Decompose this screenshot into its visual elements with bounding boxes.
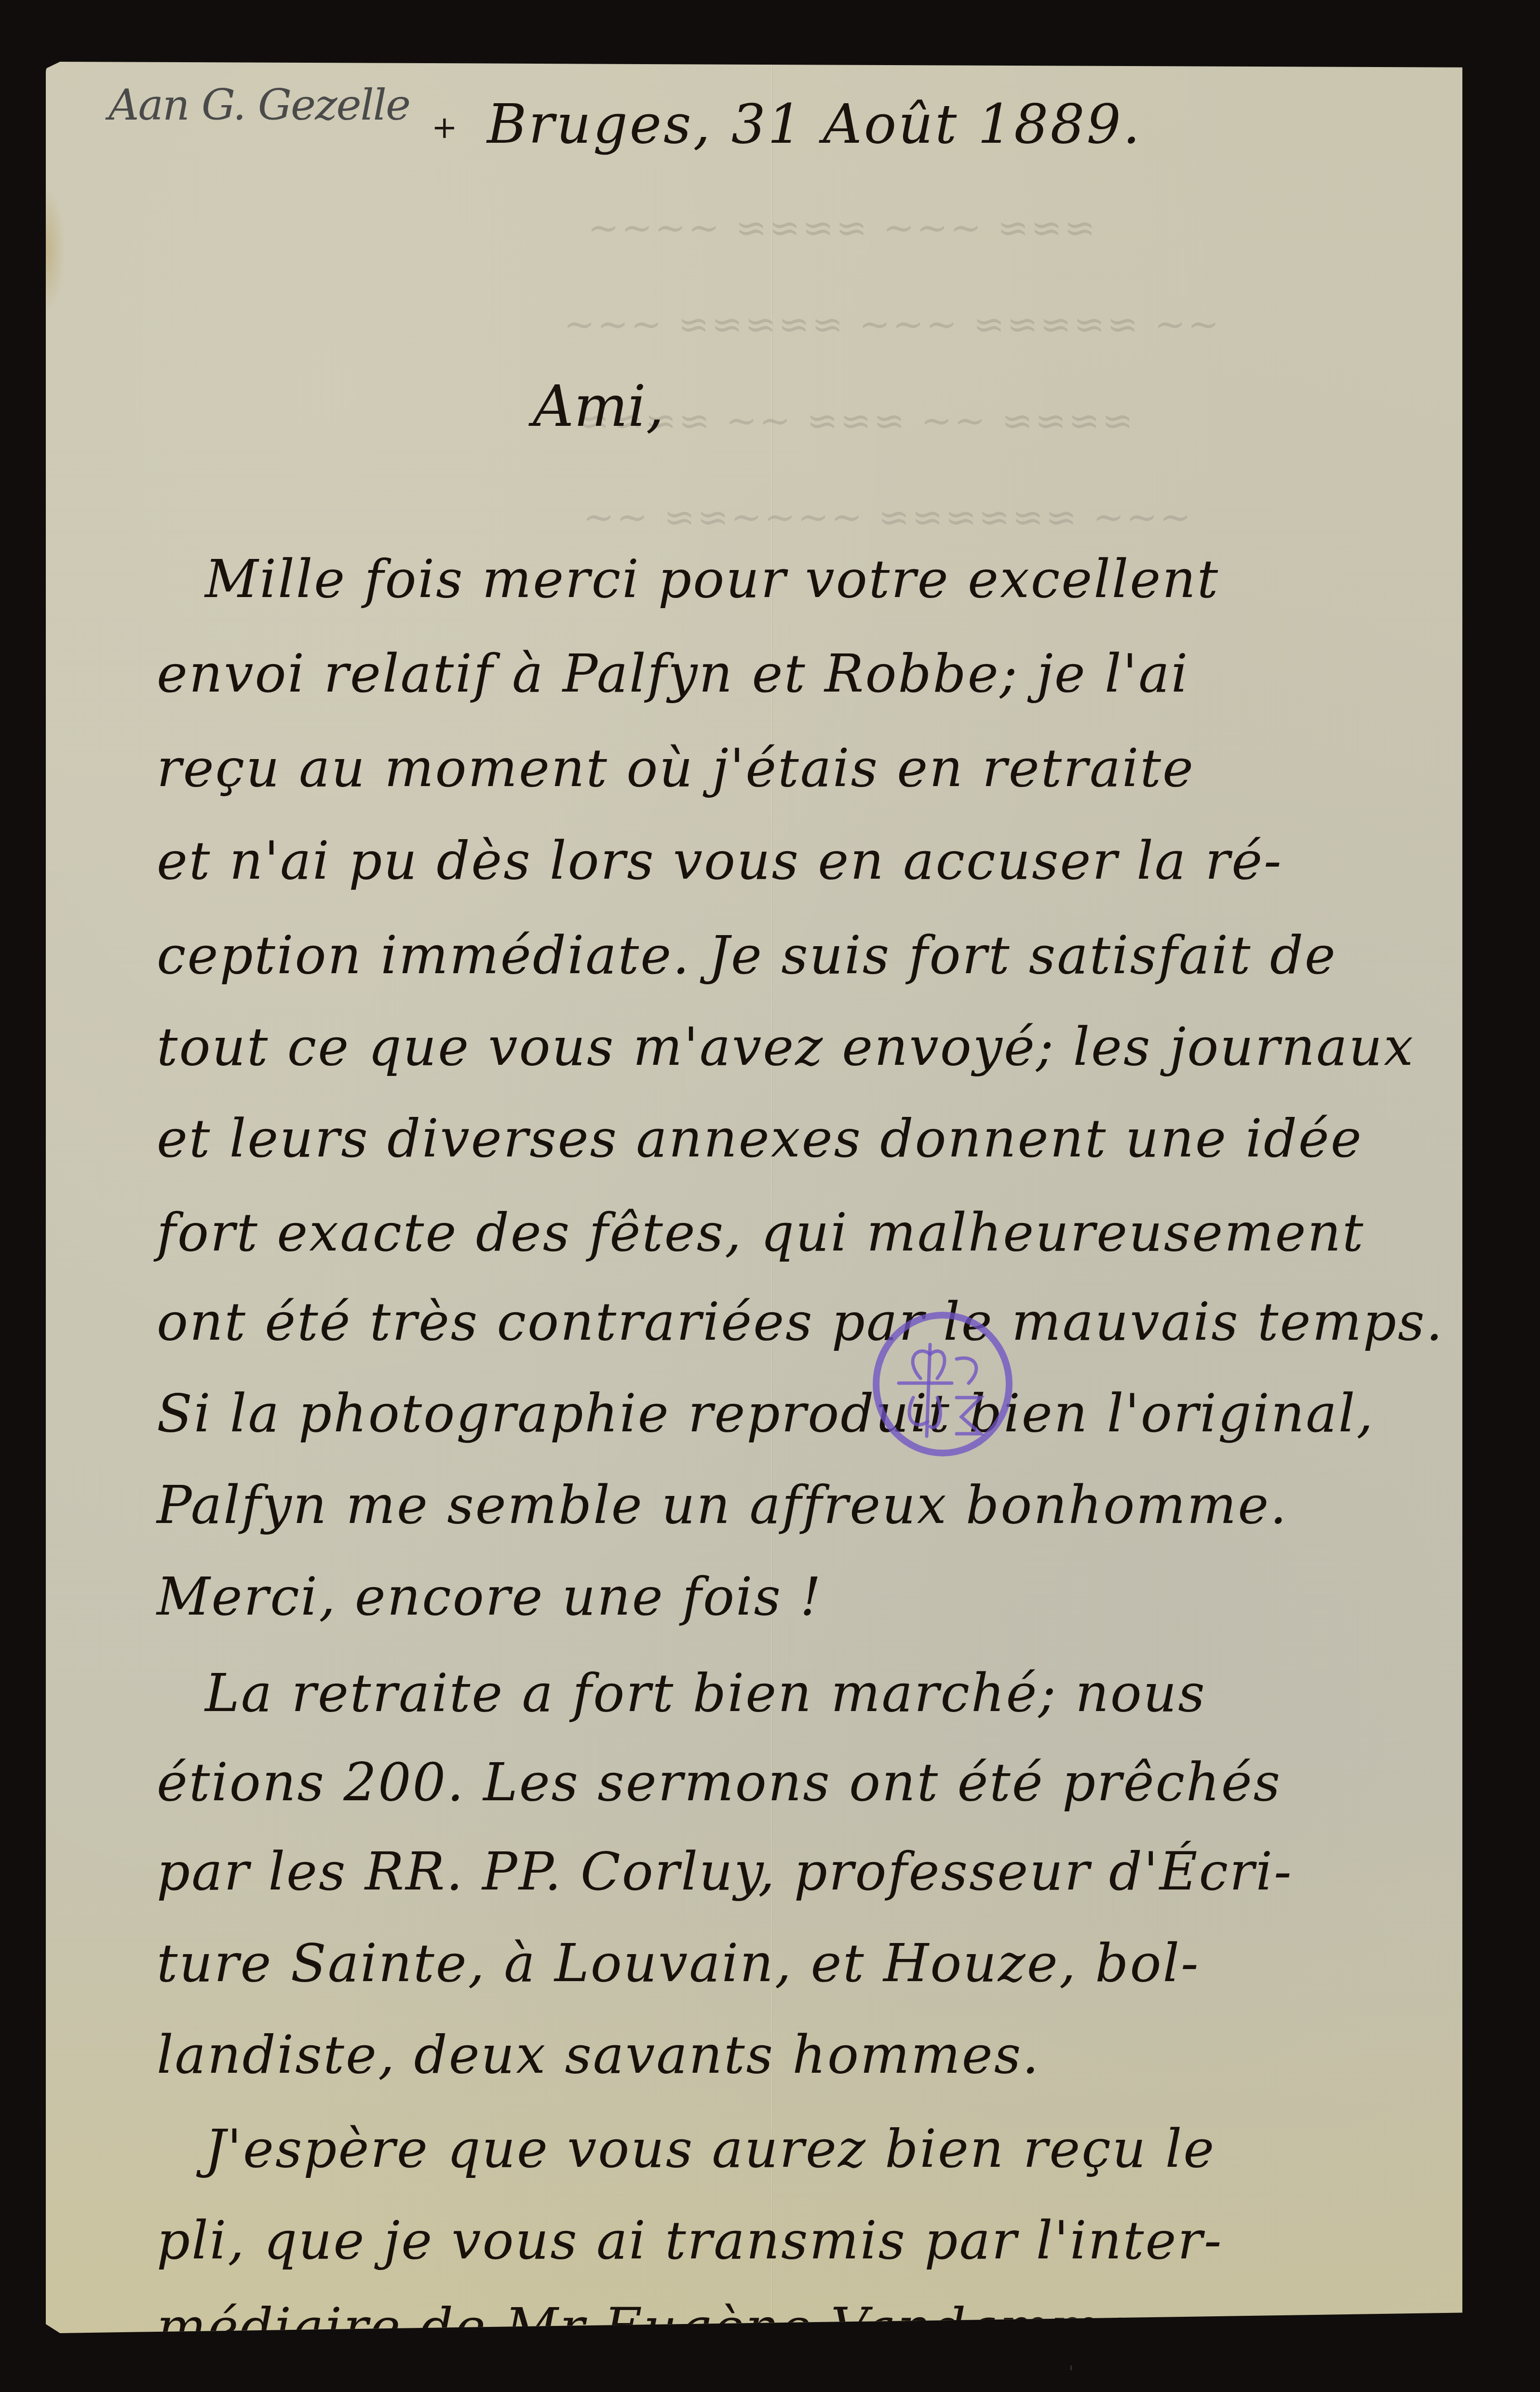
letter-line: ception immédiate. Je suis fort satisfai… xyxy=(157,930,1337,982)
letter-line: ont été très contrariées par le mauvais … xyxy=(157,1296,1444,1348)
letter-line: pli, que je vous ai transmis par l'inter… xyxy=(157,2215,1223,2267)
letter-paper: ≈≈≈ ∽∽∽ ≈≈≈≈ ∽∽∽∽ ∽∽ ≈≈≈≈≈ ∽∽∽ ≈≈≈≈≈ ∽∽∽… xyxy=(46,62,1462,2333)
edge-stain xyxy=(46,187,65,313)
letter-line: étions 200. Les sermons ont été prêchés xyxy=(157,1757,1282,1809)
letter-line: Si la photographie reproduit bien l'orig… xyxy=(157,1388,1375,1440)
letter-line: et leurs diverses annexes donnent une id… xyxy=(157,1113,1363,1165)
letter-line: La retraite a fort bien marché; nous xyxy=(205,1668,1206,1720)
bleed-through-text: ≈≈≈ ∽∽∽ ≈≈≈≈ ∽∽∽∽ xyxy=(586,206,1095,250)
letter-line: par les RR. PP. Corluy, professeur d'Écr… xyxy=(157,1846,1293,1898)
letter-line: Mille fois merci pour votre excellent xyxy=(205,554,1219,606)
backdrop-speck xyxy=(1070,2365,1072,2370)
letter-line: tout ce que vous m'avez envoyé; les jour… xyxy=(157,1021,1415,1074)
letter-line: fort exacte des fêtes, qui malheureuseme… xyxy=(157,1207,1364,1259)
bleed-through-text: ∽∽∽ ≈≈≈≈≈≈ ∽∽∽∽≈≈ ∽∽ xyxy=(581,496,1191,539)
dragonfly-monogram-icon xyxy=(884,1325,1005,1451)
archive-annotation: Aan G. Gezelle xyxy=(108,80,410,130)
letter-line: landiste, deux savants hommes. xyxy=(157,2029,1040,2081)
letter-line: Merci, encore une fois ! xyxy=(157,1571,823,1623)
place-date: Bruges, 31 Août 1889. xyxy=(487,93,1142,156)
letter-line: Palfyn me semble un affreux bonhomme. xyxy=(157,1480,1288,1532)
letter-line: J'espère que vous aurez bien reçu le xyxy=(205,2123,1216,2175)
letter-line: et n'ai pu dès lors vous en accuser la r… xyxy=(157,835,1283,887)
letter-line: envoi relatif à Palfyn et Robbe; je l'ai xyxy=(157,648,1189,700)
bleed-through-text: ∽∽ ≈≈≈≈≈ ∽∽∽ ≈≈≈≈≈ ∽∽∽ xyxy=(562,303,1219,346)
salutation: Ami, xyxy=(533,373,664,439)
letter-line: reçu au moment où j'étais en retraite xyxy=(157,743,1195,795)
cross-mark: + xyxy=(432,110,458,146)
letter-line: ture Sainte, à Louvain, et Houze, bol- xyxy=(157,1938,1200,1990)
letter-line: médiaire de Mr Eugène Vandamme; xyxy=(157,2302,1153,2354)
library-stamp xyxy=(873,1312,1013,1456)
